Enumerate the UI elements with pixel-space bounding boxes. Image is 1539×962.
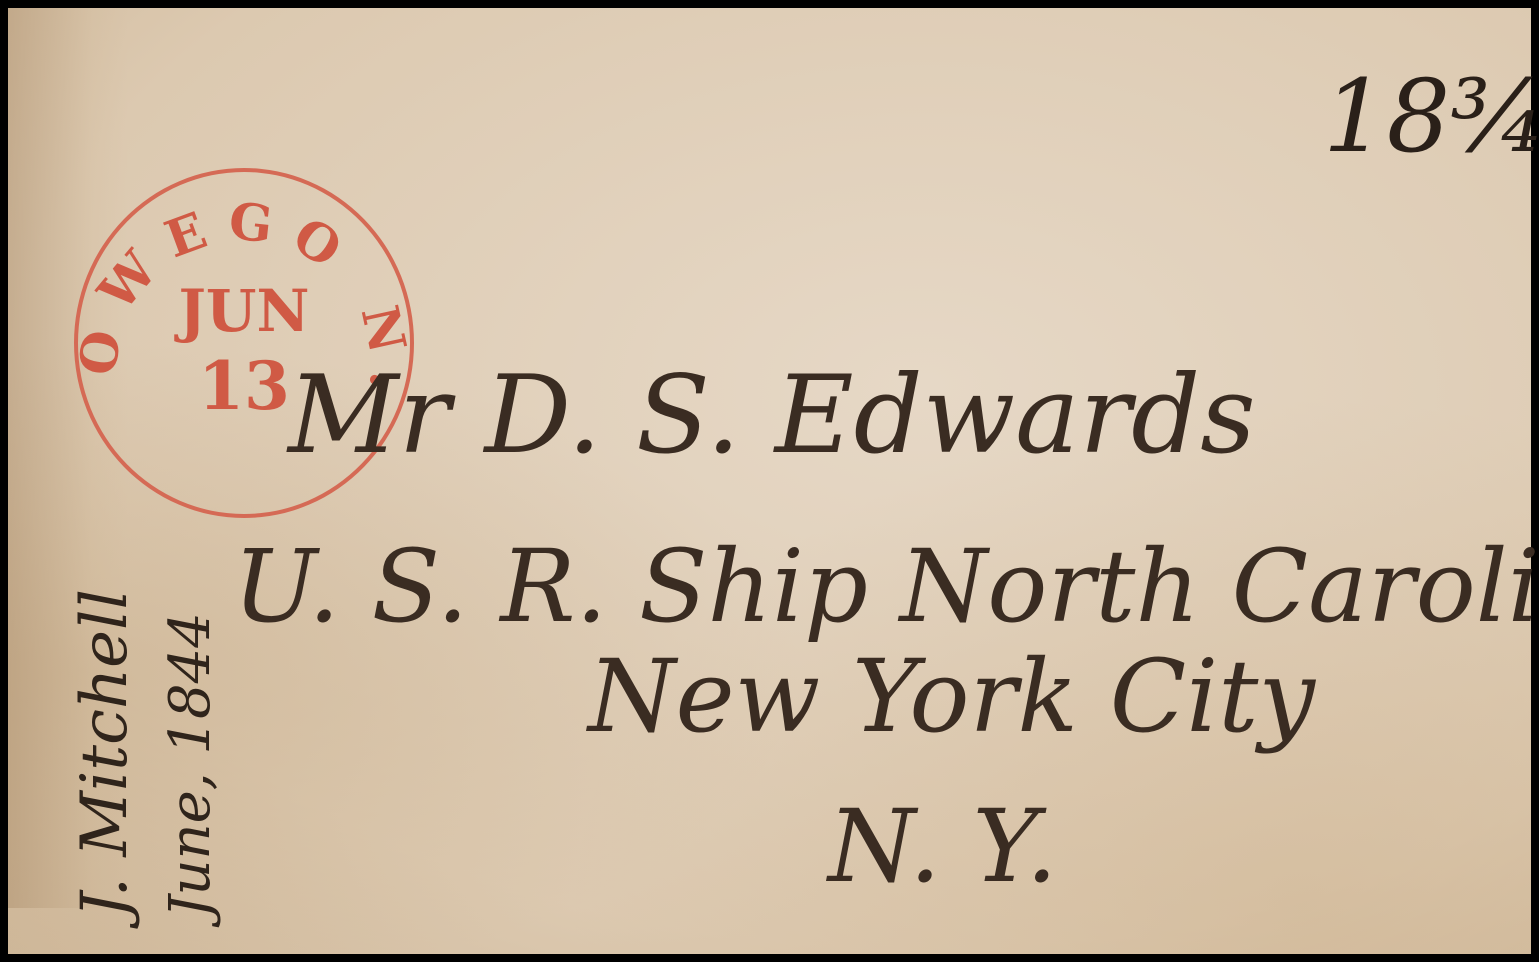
rate-marking: 18¾ (1323, 58, 1539, 175)
docket-name: J. Mitchell (68, 589, 142, 918)
image-frame: OWEGO N.Y. JUN 13 18¾ Mr D. S. Edwards U… (8, 8, 1531, 954)
envelope-paper: OWEGO N.Y. JUN 13 18¾ Mr D. S. Edwards U… (8, 8, 1531, 954)
address-line-2: U. S. R. Ship North Carolina (233, 528, 1539, 645)
address-line-3: New York City (588, 638, 1315, 755)
postmark-month: JUN (78, 277, 410, 345)
docket-date: June, 1844 (158, 612, 223, 918)
address-line-1: Mr D. S. Edwards (288, 353, 1256, 478)
address-line-4: N. Y. (828, 788, 1058, 905)
